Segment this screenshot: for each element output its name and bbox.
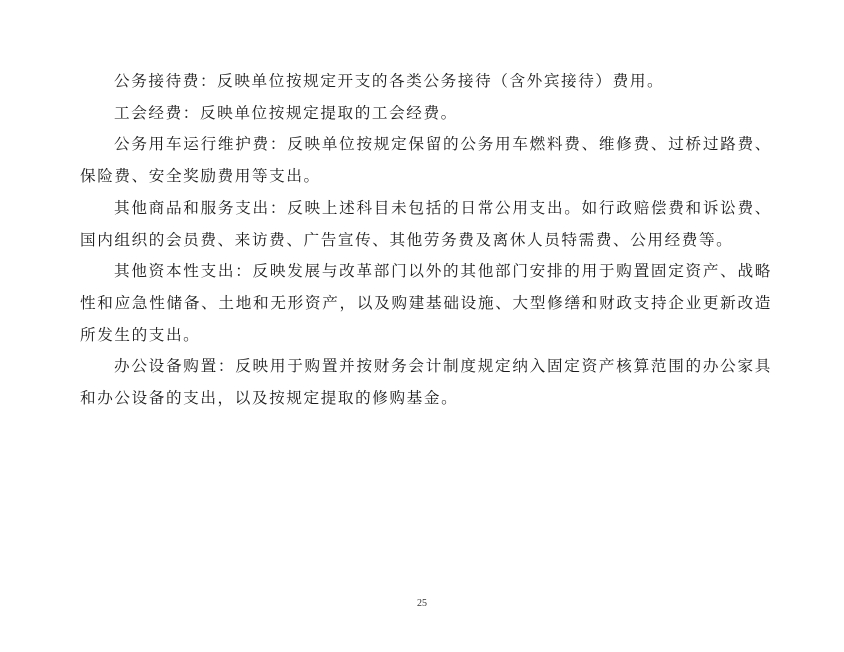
document-body: 公务接待费：反映单位按规定开支的各类公务接待（含外宾接待）费用。 工会经费：反映… [80,66,772,415]
page-number: 25 [0,598,844,609]
paragraph-other-capital-expenditure: 其他资本性支出：反映发展与改革部门以外的其他部门安排的用于购置固定资产、战略性和… [80,256,772,351]
paragraph-other-goods-services: 其他商品和服务支出：反映上述科目未包括的日常公用支出。如行政赔偿费和诉讼费、国内… [80,193,772,256]
paragraph-union-expense: 工会经费：反映单位按规定提取的工会经费。 [80,98,772,130]
paragraph-office-equipment: 办公设备购置：反映用于购置并按财务会计制度规定纳入固定资产核算范围的办公家具和办… [80,351,772,414]
paragraph-reception-expense: 公务接待费：反映单位按规定开支的各类公务接待（含外宾接待）费用。 [80,66,772,98]
paragraph-vehicle-maintenance: 公务用车运行维护费：反映单位按规定保留的公务用车燃料费、维修费、过桥过路费、保险… [80,129,772,192]
